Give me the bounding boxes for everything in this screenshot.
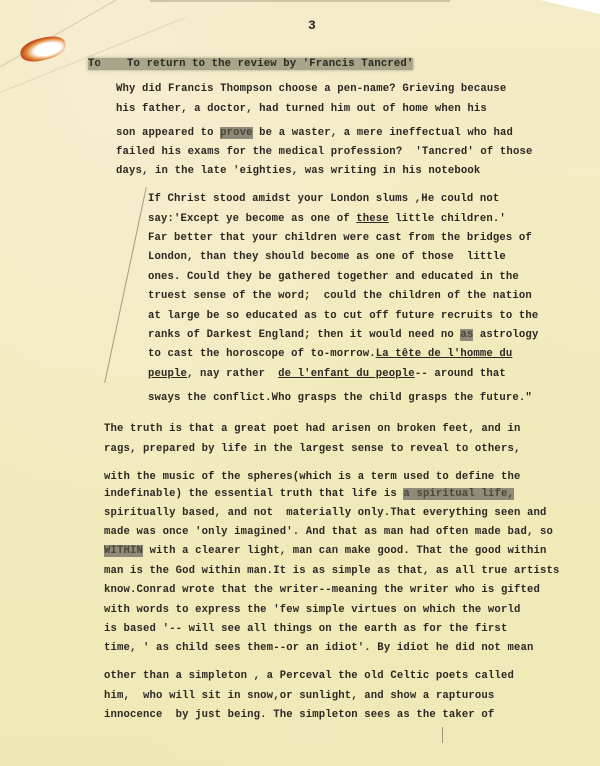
quote-line: Far better that your children were cast … <box>148 232 532 244</box>
text-line: innocence by just being. The simpleton s… <box>104 709 494 721</box>
text-line: time, ' as child sees them--or an idiot'… <box>104 642 533 654</box>
pencil-margin-mark <box>104 187 147 383</box>
quote-line: peuple, nay rather de l'enfant du people… <box>148 368 506 380</box>
heading-gap <box>101 58 127 70</box>
text-fragment: indefinable) the essential truth that li… <box>104 488 397 500</box>
struck-word: WITHIN <box>104 545 143 557</box>
struck-word: prove <box>220 127 253 139</box>
text-line: him, who will sit in snow,or sunlight, a… <box>104 690 494 702</box>
text-fragment: , nay rather <box>187 368 278 380</box>
quote-line: to cast the horoscope of to-morrow.La tê… <box>148 348 512 360</box>
document-page: 3 To To return to the review by 'Francis… <box>0 0 600 766</box>
heading-struck-prefix: To <box>88 58 101 70</box>
quote-line: say:'Except ye become as one of these li… <box>148 213 506 225</box>
struck-phrase: a spiritual life, <box>403 488 514 500</box>
text-fragment: with a clearer light, man can make good.… <box>150 545 547 557</box>
underlined-word: peuple <box>148 368 187 380</box>
page-number: 3 <box>308 18 316 33</box>
text-fragment: ranks of Darkest England; then it would … <box>148 329 454 341</box>
text-line: indefinable) the essential truth that li… <box>104 488 514 500</box>
text-line: with words to express the 'few simple vi… <box>104 604 520 616</box>
text-line: Why did Francis Thompson choose a pen-na… <box>116 83 506 95</box>
quote-line: ones. Could they be gathered together an… <box>148 271 519 283</box>
quote-line: London, than they should become as one o… <box>148 251 506 263</box>
paper-top-edge <box>150 0 450 2</box>
text-line: WITHIN with a clearer light, man can mak… <box>104 545 547 557</box>
text-fragment: -- around that <box>415 368 506 380</box>
text-fragment: little children.' <box>389 213 506 225</box>
text-fragment: be a waster, a mere ineffectual who had <box>253 127 513 139</box>
quote-line: sways the conflict.Who grasps the child … <box>148 392 532 404</box>
section-heading: To To return to the review by 'Francis T… <box>88 58 413 70</box>
text-line: with the music of the spheres(which is a… <box>104 471 520 483</box>
text-fragment: astrology <box>473 329 538 341</box>
quote-line: If Christ stood amidst your London slums… <box>148 193 499 205</box>
text-line: know.Conrad wrote that the writer--meani… <box>104 584 540 596</box>
text-line: spiritually based, and not materially on… <box>104 507 547 519</box>
pencil-insert-mark <box>442 727 443 743</box>
burn-mark <box>18 33 68 64</box>
text-line: man is the God within man.It is as simpl… <box>104 565 560 577</box>
underlined-phrase: de l'enfant du people <box>278 368 415 380</box>
torn-corner <box>540 0 600 14</box>
text-line: rags, prepared by life in the largest se… <box>104 443 520 455</box>
text-fragment: to cast the horoscope of to-morrow. <box>148 348 376 360</box>
text-line: days, in the late 'eighties, was writing… <box>116 165 480 177</box>
quote-line: truest sense of the word; could the chil… <box>148 290 532 302</box>
text-fragment: son appeared to <box>116 127 220 139</box>
heading-text: To return to the review by 'Francis Tanc… <box>127 58 413 70</box>
underlined-phrase: La tête de l'homme du <box>376 348 513 360</box>
text-line: is based '-- will see all things on the … <box>104 623 507 635</box>
text-line: made was once 'only imagined'. And that … <box>104 526 553 538</box>
underlined-word: these <box>356 213 389 225</box>
quote-line: at large be so educated as to cut off fu… <box>148 310 538 322</box>
text-line: other than a simpleton , a Perceval the … <box>104 670 514 682</box>
text-fragment: say:'Except ye become as one of <box>148 213 356 225</box>
quote-line: ranks of Darkest England; then it would … <box>148 329 538 341</box>
text-line: The truth is that a great poet had arise… <box>104 423 520 435</box>
text-line: son appeared to prove be a waster, a mer… <box>116 127 513 139</box>
struck-word: as <box>460 329 473 341</box>
text-line: failed his exams for the medical profess… <box>116 146 532 158</box>
text-line: his father, a doctor, had turned him out… <box>116 103 487 115</box>
